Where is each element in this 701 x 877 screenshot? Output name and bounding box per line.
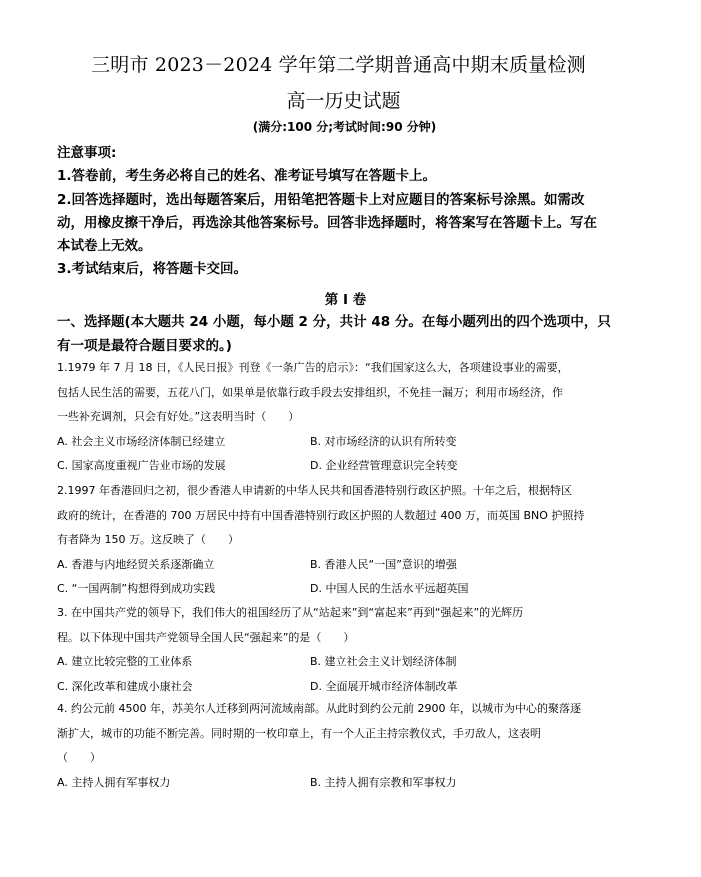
option-c: C. 国家高度重视广告业市场的发展 [57,454,226,479]
volume-heading: 第 I 卷 [0,288,701,308]
option-b: B. 香港人民“一国”意识的增强 [310,553,457,578]
note-line: 1.答卷前，考生务必将自己的姓名、准考证号填写在答题卡上。 [57,165,567,188]
option-a: A. 香港与内地经贸关系逐渐确立 [57,553,214,578]
notes-section: 注意事项: 1.答卷前，考生务必将自己的姓名、准考证号填写在答题卡上。 2.回答… [57,142,567,282]
stem-line: 2.1997 年香港回归之初，很少香港人申请新的中华人民共和国香港特别行政区护照… [57,479,577,504]
options-row: A. 香港与内地经贸关系逐渐确立 B. 香港人民“一国”意识的增强 [57,553,577,578]
note-line: 2.回答选择题时，选出每题答案后，用铅笔把答题卡上对应题目的答案标号涂黑。如需改 [57,189,567,212]
score-time-text: (满分:100 分;考试时间:90 分钟) [253,118,436,135]
exam-title-text: 三明市 2023－2024 学年第二学期普通高中期末质量检测 [91,50,586,77]
stem-line: 政府的统计，在香港的 700 万居民中持有中国香港特别行政区护照的人数超过 40… [57,504,577,529]
question-stem: 2.1997 年香港回归之初，很少香港人申请新的中华人民共和国香港特别行政区护照… [57,479,577,553]
stem-line: 一些补充调剂，只会有好处。”这表明当时（ ） [57,405,577,430]
option-b: B. 主持人拥有宗教和军事权力 [310,771,457,796]
stem-line: 渐扩大，城市的功能不断完善。同时期的一枚印章上，有一个人正主持宗教仪式，手刃敌人… [57,722,577,747]
note-line: 本试卷上无效。 [57,235,567,258]
options-row: A. 建立比较完整的工业体系 B. 建立社会主义计划经济体制 [57,650,577,675]
option-b: B. 建立社会主义计划经济体制 [310,650,457,675]
options-row: C. “一国两制”构想得到成功实践 D. 中国人民的生活水平远超英国 [57,577,577,602]
stem-line: 程。以下体现中国共产党领导全国人民“强起来”的是（ ） [57,626,577,651]
stem-line: 1.1979 年 7 月 18 日，《人民日报》刊登《一条广告的启示》：“我们国… [57,356,577,381]
note-line: 动，用橡皮擦干净后，再选涂其他答案标号。回答非选择题时，将答案写在答题卡上。写在 [57,212,567,235]
notes-heading: 注意事项: [57,142,567,165]
option-b: B. 对市场经济的认识有所转变 [310,430,457,455]
question-stem: 3. 在中国共产党的领导下，我们伟大的祖国经历了从“站起来”到“富起来”再到“强… [57,601,577,650]
question-stem: 1.1979 年 7 月 18 日，《人民日报》刊登《一条广告的启示》：“我们国… [57,356,577,430]
exam-title: 三明市 2023－2024 学年第二学期普通高中期末质量检测 [0,50,701,77]
options-row: C. 国家高度重视广告业市场的发展 D. 企业经营管理意识完全转变 [57,454,577,479]
option-a: A. 建立比较完整的工业体系 [57,650,192,675]
option-c: C. “一国两制”构想得到成功实践 [57,577,215,602]
option-d: D. 中国人民的生活水平远超英国 [310,577,468,602]
option-a: A. 主持人拥有军事权力 [57,771,170,796]
score-time-info: (满分:100 分;考试时间:90 分钟) [0,118,701,135]
section-heading: 一、选择题(本大题共 24 小题，每小题 2 分，共计 48 分。在每小题列出的… [57,310,577,358]
stem-line: 3. 在中国共产党的领导下，我们伟大的祖国经历了从“站起来”到“富起来”再到“强… [57,601,577,626]
exam-subtitle-text: 高一历史试题 [286,86,400,113]
option-d: D. 全面展开城市经济体制改革 [310,675,457,700]
question-2: 2.1997 年香港回归之初，很少香港人申请新的中华人民共和国香港特别行政区护照… [57,479,577,602]
options-row: A. 主持人拥有军事权力 B. 主持人拥有宗教和军事权力 [57,771,577,796]
exam-page: 三明市 2023－2024 学年第二学期普通高中期末质量检测 高一历史试题 (满… [0,0,701,877]
question-stem: 4. 约公元前 4500 年，苏美尔人迁移到两河流域南部。从此时到约公元前 29… [57,697,577,771]
option-d: D. 企业经营管理意识完全转变 [310,454,457,479]
stem-line: 有者降为 150 万。这反映了（ ） [57,528,577,553]
exam-subtitle: 高一历史试题 [0,86,701,113]
question-3: 3. 在中国共产党的领导下，我们伟大的祖国经历了从“站起来”到“富起来”再到“强… [57,601,577,699]
question-4: 4. 约公元前 4500 年，苏美尔人迁移到两河流域南部。从此时到约公元前 29… [57,697,577,795]
options-row: A. 社会主义市场经济体制已经建立 B. 对市场经济的认识有所转变 [57,430,577,455]
section-line: 一、选择题(本大题共 24 小题，每小题 2 分，共计 48 分。在每小题列出的… [57,310,577,334]
stem-line: （ ） [57,746,577,771]
stem-line: 4. 约公元前 4500 年，苏美尔人迁移到两河流域南部。从此时到约公元前 29… [57,697,577,722]
question-1: 1.1979 年 7 月 18 日，《人民日报》刊登《一条广告的启示》：“我们国… [57,356,577,479]
stem-line: 包括人民生活的需要，五花八门，如果单是依靠行政手段去安排组织，不免挂一漏万；利用… [57,381,577,406]
volume-text: 第 I 卷 [325,288,366,308]
note-line: 3.考试结束后，将答题卡交回。 [57,258,567,281]
option-a: A. 社会主义市场经济体制已经建立 [57,430,225,455]
option-c: C. 深化改革和建成小康社会 [57,675,193,700]
section-line: 有一项是最符合题目要求的。) [57,334,577,358]
options-row: C. 深化改革和建成小康社会 D. 全面展开城市经济体制改革 [57,675,577,700]
